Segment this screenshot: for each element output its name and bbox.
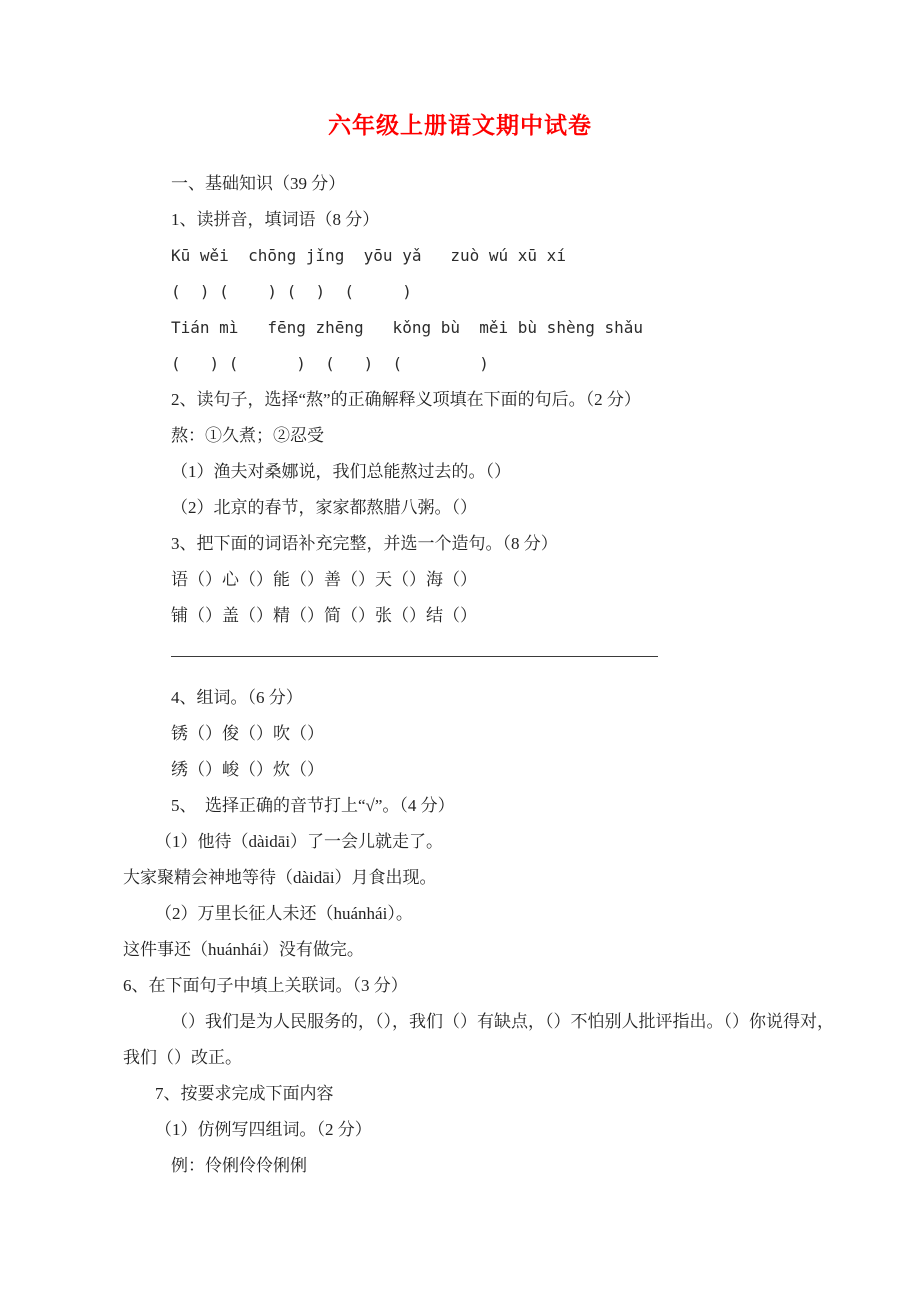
exam-title: 六年级上册语文期中试卷 bbox=[0, 0, 920, 148]
q7-example: 例：伶俐伶伶俐俐 bbox=[123, 1148, 892, 1184]
q5-item-2b: 这件事还（huánhái）没有做完。 bbox=[123, 932, 892, 968]
exam-body: 一、基础知识（39 分） 1、读拼音，填词语（8 分） Kū wěi chōng… bbox=[0, 148, 920, 1184]
q5-item-1a: （1）他待（dàidāi）了一会儿就走了。 bbox=[123, 824, 892, 860]
q5-item-2a: （2）万里长征人未还（huánhái）。 bbox=[123, 896, 892, 932]
q4-word-row-1: 锈（）俊（）吹（） bbox=[123, 716, 892, 752]
exam-document-page: 六年级上册语文期中试卷 一、基础知识（39 分） 1、读拼音，填词语（8 分） … bbox=[0, 0, 920, 1302]
q6-sentence-line-1: （）我们是为人民服务的，（），我们（）有缺点，（）不怕别人批评指出。（）你说得对… bbox=[123, 1004, 892, 1040]
section-heading: 一、基础知识（39 分） bbox=[123, 166, 892, 202]
q5-prompt: 5、 选择正确的音节打上“√”。（4 分） bbox=[123, 788, 892, 824]
q6-prompt: 6、在下面句子中填上关联词。（3 分） bbox=[123, 968, 892, 1004]
q3-word-row-1: 语（）心（）能（）善（）天（）海（） bbox=[123, 562, 892, 598]
q4-prompt: 4、组词。（6 分） bbox=[123, 680, 892, 716]
q4-word-row-2: 绣（）峻（）炊（） bbox=[123, 752, 892, 788]
q1-pinyin-row1: Kū wěi chōng jǐng yōu yǎ zuò wú xū xí bbox=[123, 238, 892, 274]
q2-item-1: （1）渔夫对桑娜说，我们总能熬过去的。（） bbox=[123, 454, 892, 490]
q7-sub-1: （1）仿例写四组词。（2 分） bbox=[123, 1112, 892, 1148]
q2-prompt: 2、读句子，选择“熬”的正确解释义项填在下面的句后。（2 分） bbox=[123, 382, 892, 418]
q3-word-row-2: 铺（）盖（）精（）简（）张（）结（） bbox=[123, 598, 892, 634]
q1-answer-blanks-row1: ( ) ( ) ( ) ( ) bbox=[123, 274, 892, 310]
q2-definitions: 熬：①久煮；②忍受 bbox=[123, 418, 892, 454]
q3-prompt: 3、把下面的词语补充完整，并选一个造句。（8 分） bbox=[123, 526, 892, 562]
q1-prompt: 1、读拼音，填词语（8 分） bbox=[123, 202, 892, 238]
q5-item-1b: 大家聚精会神地等待（dàidāi）月食出现。 bbox=[123, 860, 892, 896]
sentence-writing-line bbox=[171, 656, 658, 657]
q6-sentence-line-2: 我们（）改正。 bbox=[123, 1040, 892, 1076]
q7-prompt: 7、按要求完成下面内容 bbox=[123, 1076, 892, 1112]
q2-item-2: （2）北京的春节，家家都熬腊八粥。（） bbox=[123, 490, 892, 526]
q1-answer-blanks-row2: ( ) ( ) ( ) ( ) bbox=[123, 346, 892, 382]
q1-pinyin-row2: Tián mì fēng zhēng kǒng bù měi bù shèng … bbox=[123, 310, 892, 346]
